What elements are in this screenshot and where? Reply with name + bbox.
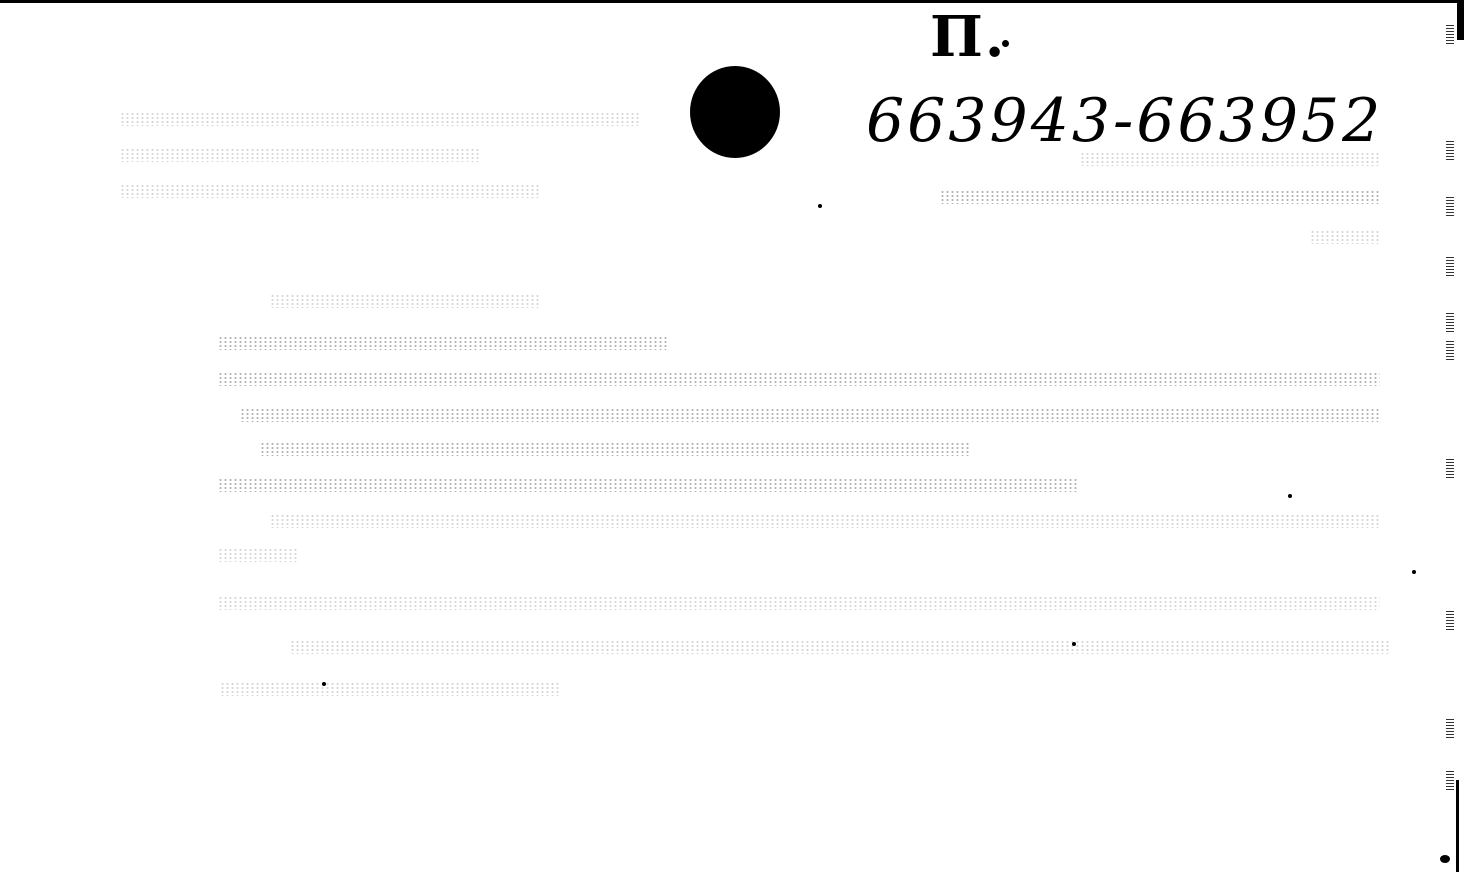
handwritten-number-range: 663943-663952 (866, 86, 1383, 156)
speck (1072, 642, 1076, 646)
margin-tick (1446, 196, 1454, 216)
faded-header-line-1 (120, 112, 640, 126)
margin-tick (1446, 312, 1454, 332)
handwritten-prefix: П. (930, 4, 1006, 70)
speck (322, 682, 326, 686)
margin-tick (1446, 770, 1454, 790)
speck (1440, 855, 1450, 863)
card-top-edge (0, 0, 1464, 3)
margin-tick (1446, 458, 1454, 478)
faded-body-line-8 (218, 548, 298, 562)
faded-body-line-1 (270, 294, 540, 308)
speck (818, 204, 822, 208)
card-right-edge (1457, 0, 1464, 40)
margin-tick (1446, 610, 1454, 630)
card-right-border-line (1456, 780, 1459, 872)
faded-body-line-5 (260, 442, 970, 456)
faded-header-line-3 (120, 184, 540, 198)
faded-body-line-9 (218, 596, 1380, 610)
margin-tick (1446, 140, 1454, 160)
faded-body-line-2 (218, 336, 668, 350)
margin-tick (1446, 340, 1454, 360)
speck (1288, 494, 1292, 498)
margin-tick (1446, 256, 1454, 276)
faded-body-line-4 (240, 408, 1380, 422)
faded-header-line-2 (120, 148, 480, 162)
faded-right-line-3 (1310, 230, 1380, 244)
faded-body-line-6 (218, 478, 1078, 492)
speck (1002, 40, 1009, 47)
faded-body-line-11 (220, 682, 560, 696)
faded-right-line-2 (940, 190, 1380, 204)
faded-body-line-7 (270, 514, 1380, 528)
faded-body-line-10 (290, 640, 1390, 654)
margin-tick (1446, 24, 1454, 44)
faded-right-line-1 (1080, 152, 1380, 166)
speck (1412, 570, 1416, 574)
margin-tick (1446, 718, 1454, 738)
punch-hole (690, 66, 780, 158)
faded-body-line-3 (218, 372, 1380, 386)
